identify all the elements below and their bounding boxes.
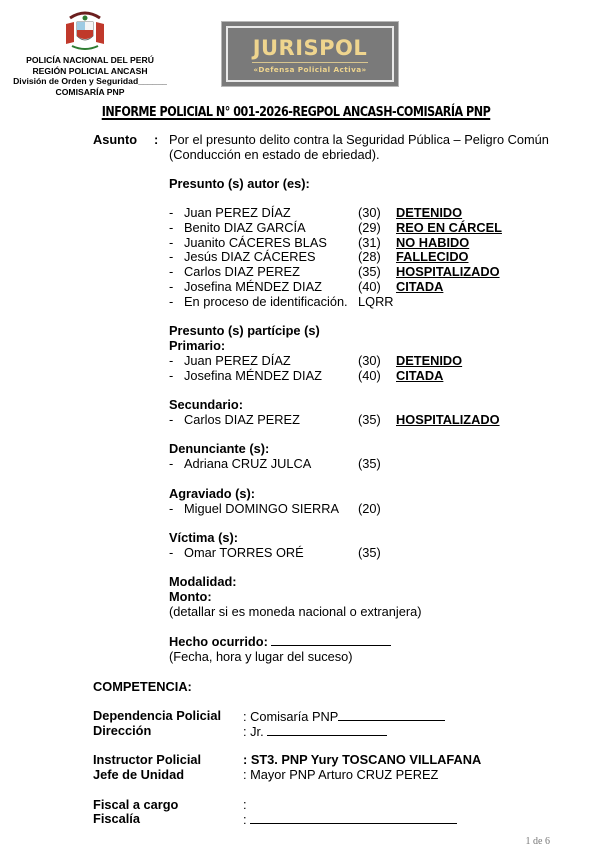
- competencia-row-instructor: Instructor Policial : ST3. PNP Yury TOSC…: [0, 753, 592, 768]
- institution-line: POLICÍA NACIONAL DEL PERÚ: [10, 55, 170, 66]
- bullet-dash: -: [169, 206, 173, 221]
- fiscalia-field[interactable]: [250, 812, 457, 824]
- primario-items-row: -Josefina MÉNDEZ DIAZ(40)CITADA: [0, 369, 592, 384]
- secundario-items-name: Carlos DIAZ PEREZ: [184, 413, 300, 428]
- victima-row: - Omar TORRES ORÉ (35): [0, 546, 592, 561]
- jurispol-logo: JURISPOL «Defensa Policial Activa»: [222, 22, 398, 86]
- agraviado-name: Miguel DOMINGO SIERRA: [184, 502, 339, 517]
- autores-items-row: -Carlos DIAZ PEREZ(35)HOSPITALIZADO: [0, 265, 592, 280]
- victima-name: Omar TORRES ORÉ: [184, 546, 304, 561]
- autores-items-row: -En proceso de identificación.LQRR: [0, 295, 592, 310]
- dependencia-label: Dependencia Policial: [93, 709, 221, 724]
- autores-items-row: -Josefina MÉNDEZ DIAZ(40)CITADA: [0, 280, 592, 295]
- bullet-dash: -: [169, 280, 173, 295]
- monto-label: Monto:: [169, 590, 212, 605]
- status-badge: CITADA: [396, 280, 443, 295]
- region-line: REGIÓN POLICIAL ANCASH: [10, 66, 170, 77]
- status-badge: NO HABIDO: [396, 236, 469, 251]
- division-line: División de Orden y Seguridad______: [10, 76, 170, 87]
- jefe-label: Jefe de Unidad: [93, 768, 184, 783]
- status-badge: DETENIDO: [396, 206, 462, 221]
- competencia-row-jefe: Jefe de Unidad : Mayor PNP Arturo CRUZ P…: [0, 768, 592, 783]
- autores-items-age: (35): [358, 265, 381, 280]
- secundario-label: Secundario:: [169, 398, 243, 413]
- monto-note: (detallar si es moneda nacional o extran…: [169, 605, 422, 620]
- logo-tagline: «Defensa Policial Activa»: [222, 65, 398, 74]
- fiscalia-value: :: [243, 812, 457, 828]
- autores-items-age: (31): [358, 236, 381, 251]
- fiscalia-label: Fiscalía: [93, 812, 140, 827]
- commissary-line: COMISARÍA PNP: [10, 87, 170, 98]
- primario-items-age: (40): [358, 369, 381, 384]
- autores-items-row: -Jesús DIAZ CÁCERES(28)FALLECIDO: [0, 250, 592, 265]
- agraviado-age: (20): [358, 502, 381, 517]
- secundario-items-age: (35): [358, 413, 381, 428]
- asunto-line-2: (Conducción en estado de ebriedad).: [169, 148, 380, 163]
- autores-items-name: Carlos DIAZ PEREZ: [184, 265, 300, 280]
- jefe-value: : Mayor PNP Arturo CRUZ PEREZ: [243, 768, 438, 783]
- agraviado-row: - Miguel DOMINGO SIERRA (20): [0, 502, 592, 517]
- autores-items-name: En proceso de identificación.: [184, 295, 348, 310]
- denunciante-age: (35): [358, 457, 381, 472]
- denunciante-row: - Adriana CRUZ JULCA (35): [0, 457, 592, 472]
- status-badge: FALLECIDO: [396, 250, 469, 265]
- agraviado-heading: Agraviado (s):: [169, 487, 255, 502]
- bullet-dash: -: [169, 546, 173, 561]
- autores-items-name: Benito DIAZ GARCÍA: [184, 221, 306, 236]
- document-title: INFORME POLICIAL N° 001-2026-REGPOL ANCA…: [53, 104, 538, 120]
- bullet-dash: -: [169, 250, 173, 265]
- primario-items-age: (30): [358, 354, 381, 369]
- competencia-heading: COMPETENCIA:: [93, 680, 192, 695]
- status-badge: DETENIDO: [396, 354, 462, 369]
- status-badge: REO EN CÁRCEL: [396, 221, 502, 236]
- competencia-row-fiscalia: Fiscalía :: [0, 812, 592, 827]
- autores-items-name: Josefina MÉNDEZ DIAZ: [184, 280, 322, 295]
- logo-brand: JURISPOL: [222, 36, 398, 60]
- primario-items-row: -Juan PEREZ DÍAZ(30)DETENIDO: [0, 354, 592, 369]
- competencia-row-dependencia: Dependencia Policial : Comisaría PNP: [0, 709, 592, 724]
- autores-items-row: -Benito DIAZ GARCÍA(29)REO EN CÁRCEL: [0, 221, 592, 236]
- bullet-dash: -: [169, 354, 173, 369]
- asunto-colon: :: [154, 133, 158, 148]
- modalidad-label: Modalidad:: [169, 575, 237, 590]
- autores-items-age: LQRR: [358, 295, 394, 310]
- primario-label: Primario:: [169, 339, 225, 354]
- bullet-dash: -: [169, 265, 173, 280]
- primario-items-name: Josefina MÉNDEZ DIAZ: [184, 369, 322, 384]
- autores-items-name: Juanito CÁCERES BLAS: [184, 236, 327, 251]
- status-badge: HOSPITALIZADO: [396, 265, 500, 280]
- dependencia-field[interactable]: [338, 709, 445, 721]
- participes-heading: Presunto (s) partícipe (s): [169, 324, 320, 339]
- direccion-label: Dirección: [93, 724, 151, 739]
- autores-items-row: -Juanito CÁCERES BLAS(31)NO HABIDO: [0, 236, 592, 251]
- bullet-dash: -: [169, 236, 173, 251]
- bullet-dash: -: [169, 221, 173, 236]
- competencia-row-fiscal: Fiscal a cargo :: [0, 798, 592, 813]
- direccion-value: : Jr.: [243, 724, 387, 740]
- fiscal-value: :: [243, 798, 247, 813]
- victima-heading: Víctima (s):: [169, 531, 238, 546]
- page-number: 1 de 6: [526, 836, 550, 847]
- peru-coat-of-arms-icon: [62, 8, 108, 54]
- bullet-dash: -: [169, 369, 173, 384]
- hecho-label: Hecho ocurrido:: [169, 634, 268, 649]
- competencia-row-direccion: Dirección : Jr.: [0, 724, 592, 739]
- autores-items-age: (29): [358, 221, 381, 236]
- bullet-dash: -: [169, 502, 173, 517]
- victima-age: (35): [358, 546, 381, 561]
- asunto-label: Asunto: [93, 133, 137, 148]
- direccion-field[interactable]: [267, 724, 387, 736]
- autores-items-age: (30): [358, 206, 381, 221]
- primario-items-name: Juan PEREZ DÍAZ: [184, 354, 291, 369]
- dependencia-value: : Comisaría PNP: [243, 709, 445, 725]
- bullet-dash: -: [169, 295, 173, 310]
- autores-items-age: (28): [358, 250, 381, 265]
- autores-items-row: -Juan PEREZ DÍAZ(30)DETENIDO: [0, 206, 592, 221]
- hecho-note: (Fecha, hora y lugar del suceso): [169, 650, 353, 665]
- status-badge: HOSPITALIZADO: [396, 413, 500, 428]
- autores-items-name: Jesús DIAZ CÁCERES: [184, 250, 316, 265]
- hecho-field[interactable]: [271, 634, 391, 646]
- autores-items-age: (40): [358, 280, 381, 295]
- institution-header: POLICÍA NACIONAL DEL PERÚ REGIÓN POLICIA…: [10, 55, 170, 97]
- denunciante-name: Adriana CRUZ JULCA: [184, 457, 311, 472]
- instructor-label: Instructor Policial: [93, 753, 201, 768]
- status-badge: CITADA: [396, 369, 443, 384]
- hecho-row: Hecho ocurrido:: [169, 634, 391, 650]
- autores-heading: Presunto (s) autor (es):: [169, 177, 310, 192]
- denunciante-heading: Denunciante (s):: [169, 442, 269, 457]
- asunto-line-1: Por el presunto delito contra la Segurid…: [169, 133, 549, 148]
- autores-items-name: Juan PEREZ DÍAZ: [184, 206, 291, 221]
- secundario-items-row: -Carlos DIAZ PEREZ(35)HOSPITALIZADO: [0, 413, 592, 428]
- instructor-value: : ST3. PNP Yury TOSCANO VILLAFANA: [243, 753, 481, 768]
- bullet-dash: -: [169, 413, 173, 428]
- bullet-dash: -: [169, 457, 173, 472]
